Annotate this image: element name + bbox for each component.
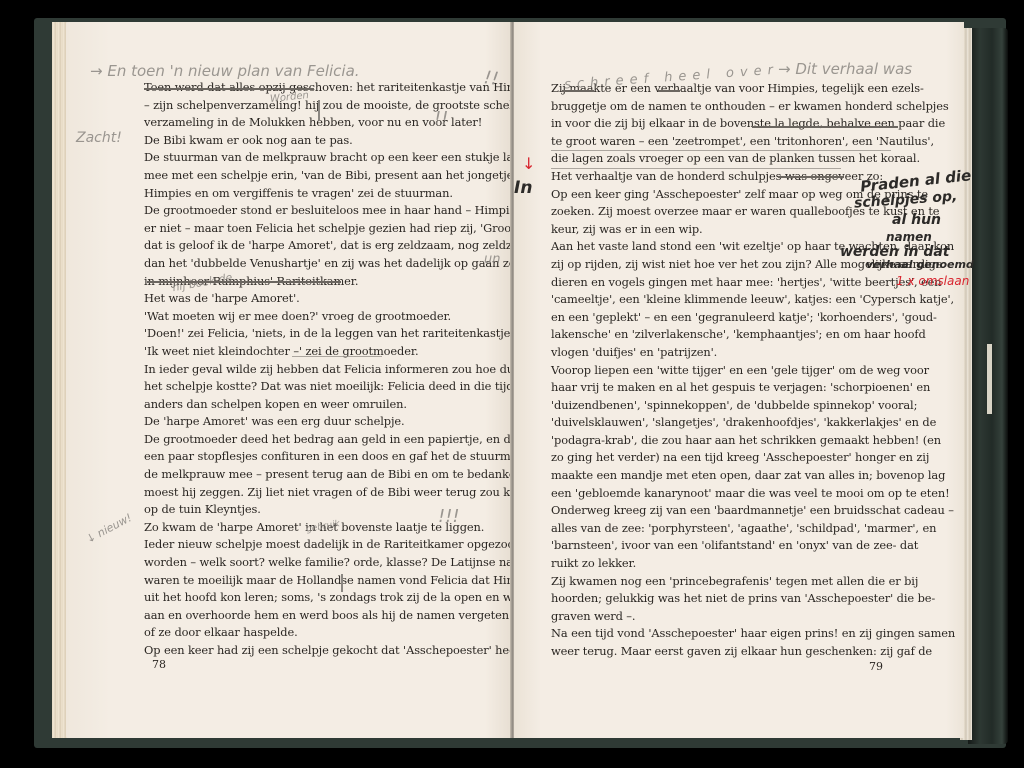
text-line: De grootmoeder deed het bedrag aan geld … (144, 431, 490, 449)
text-line: dan het 'dubbelde Venushartje' en zij wa… (144, 255, 490, 273)
text-line: bruggetje om de namen te onthouden – er … (551, 98, 899, 116)
text-line: die lagen zoals vroeger op een van de pl… (551, 150, 899, 168)
text-line: het schelpje kostte? Dat was niet moeili… (144, 378, 490, 396)
text-line: anders dan schelpen kopen en weer omruil… (144, 396, 490, 414)
text-line: 'duizendbenen', 'spinnekoppen', de 'dubb… (551, 397, 899, 415)
page-number: 79 (869, 660, 883, 673)
text-line: of ze door elkaar haspelde. (144, 624, 490, 642)
text-line: 'Wat moeten wij er mee doen?' vroeg de g… (144, 308, 490, 326)
text-line: graven werd –. (551, 608, 899, 626)
text-line: 'Doen!' zei Felicia, 'niets, in de la le… (144, 325, 490, 343)
text-line: mee met een schelpje erin, 'van de Bibi,… (144, 167, 490, 185)
text-line: De grootmoeder stond er besluiteloos mee… (144, 202, 490, 220)
text-line: Na een tijd vond 'Asschepoester' haar ei… (551, 625, 899, 643)
text-line: aan en overhoorde hem en werd boos als h… (144, 607, 490, 625)
text-line: zoeken. Zij moest overzee maar er waren … (551, 203, 899, 221)
text-line: en een 'geplekt' – en een 'gegranuleerd … (551, 309, 899, 327)
pencil-annotation: !! (483, 67, 500, 90)
pencil-underline (551, 150, 891, 151)
text-line: 'duivelsklauwen', 'slangetjes', 'drakenh… (551, 414, 899, 432)
red-ink-annotation: 1 x omslaan (896, 274, 969, 288)
text-line: weer terug. Maar eerst gaven zij elkaar … (551, 643, 899, 661)
pencil-annotation: Zacht! (76, 130, 122, 146)
text-line: 'cameeltje', een 'kleine klimmende leeuw… (551, 291, 899, 309)
text-line: haar vrij te maken en al het gespuis te … (551, 379, 899, 397)
right-page: Zij maakte er een verhaaltje van voor Hi… (514, 22, 964, 738)
text-line: 'barnsteen', ivoor van een 'olifantstand… (551, 537, 899, 555)
text-line: keur, zij was er in een wip. (551, 221, 899, 239)
pencil-mark (341, 574, 343, 592)
text-line: vlogen 'duifjes' en 'patrijzen'. (551, 344, 899, 362)
left-page-text: Toen werd dat alles opzij geschoven: het… (144, 79, 490, 660)
text-line: zo ging het verder) na een tijd kreeg 'A… (551, 449, 899, 467)
text-line: Het verhaaltje van de honderd schulpjes … (551, 168, 899, 186)
text-line: Het was de 'harpe Amoret'. (144, 290, 490, 308)
pencil-annotation: !!! (438, 506, 460, 527)
text-line: moest hij zeggen. Zij liet niet vragen o… (144, 484, 490, 502)
text-line: Himpies en om vergiffenis te vragen' zei… (144, 185, 490, 203)
pencil-underline (551, 168, 841, 169)
left-page: Toen werd dat alles opzij geschoven: het… (66, 22, 512, 738)
text-line: dieren en vogels gingen met haar mee: 'h… (551, 274, 899, 292)
text-line: worden – welk soort? welke familie? orde… (144, 554, 490, 572)
text-line: alles van de zee: 'porphyrsteen', 'agaat… (551, 520, 899, 538)
page-number: 78 (152, 658, 166, 671)
text-line: uit het hoofd kon leren; soms, 's zondag… (144, 589, 490, 607)
ink-annotation: namen (886, 230, 932, 244)
text-line: de melkprauw mee – present terug aan de … (144, 466, 490, 484)
text-line: een paar stopflesjes confituren in een d… (144, 448, 490, 466)
pencil-annotation: → En toen 'n nieuw plan van Felicia. (90, 62, 360, 80)
text-line: in voor die zij bij elkaar in de bovenst… (551, 115, 899, 133)
text-line: Voorop liepen een 'witte tijger' en een … (551, 362, 899, 380)
text-line: te groot waren – een 'zeetrompet', een '… (551, 133, 899, 151)
pencil-annotation: → Dit verhaal was (778, 60, 912, 78)
strikethrough-mark (562, 90, 594, 92)
text-line: maakte een mandje met eten open, daar za… (551, 467, 899, 485)
text-line: Ieder nieuw schelpje moest dadelijk in d… (144, 536, 490, 554)
text-line: Op een keer had zij een schelpje gekocht… (144, 642, 490, 660)
strikethrough-mark (144, 88, 314, 90)
bookmark-ribbon (987, 344, 992, 414)
text-line: Zij kwamen nog een 'princebegrafenis' te… (551, 573, 899, 591)
pencil-mark (318, 100, 320, 120)
pencil-annotation: ↓ nieuw! (84, 511, 134, 546)
text-line: een 'gebloemde kanarynoot' maar die was … (551, 485, 899, 503)
strikethrough-mark (147, 281, 341, 283)
text-line: 'Ik weet niet kleindochter –' zei de gro… (144, 343, 490, 361)
text-line: dat is geloof ik de 'harpe Amoret', dat … (144, 237, 490, 255)
text-line: Onderweg kreeg zij van een 'baardmannetj… (551, 502, 899, 520)
pencil-annotation: un (484, 252, 500, 267)
text-line: In ieder geval wilde zij hebben dat Feli… (144, 361, 490, 379)
ink-annotation: In (514, 178, 532, 198)
text-line: er niet – maar toen Felicia het schelpje… (144, 220, 490, 238)
strikethrough-mark (752, 126, 898, 128)
text-line: hoorden; gelukkig was het niet de prins … (551, 590, 899, 608)
pencil-underline (292, 356, 382, 357)
red-arrow-annotation: ↓ (522, 154, 535, 173)
ink-annotation: verhaal genoemd (866, 258, 974, 271)
text-line: ruikt zo lekker. (551, 555, 899, 573)
text-line: De 'harpe Amoret' was een erg duur schel… (144, 413, 490, 431)
strikethrough-mark (658, 90, 680, 92)
ink-annotation: al hun (892, 212, 941, 228)
text-line: waren te moeilijk maar de Hollandse name… (144, 572, 490, 590)
text-line: 'podagra-krab', die zou haar aan het sch… (551, 432, 899, 450)
text-line: De Bibi kwam er ook nog aan te pas. (144, 132, 490, 150)
text-line: lakensche' en 'zilverlakensche', 'kempha… (551, 326, 899, 344)
pencil-annotation: !! (434, 108, 448, 129)
text-line: De stuurman van de melkprauw bracht op e… (144, 149, 490, 167)
strikethrough-mark (778, 176, 844, 178)
text-line: Op een keer ging 'Asschepoester' zelf ma… (551, 186, 899, 204)
